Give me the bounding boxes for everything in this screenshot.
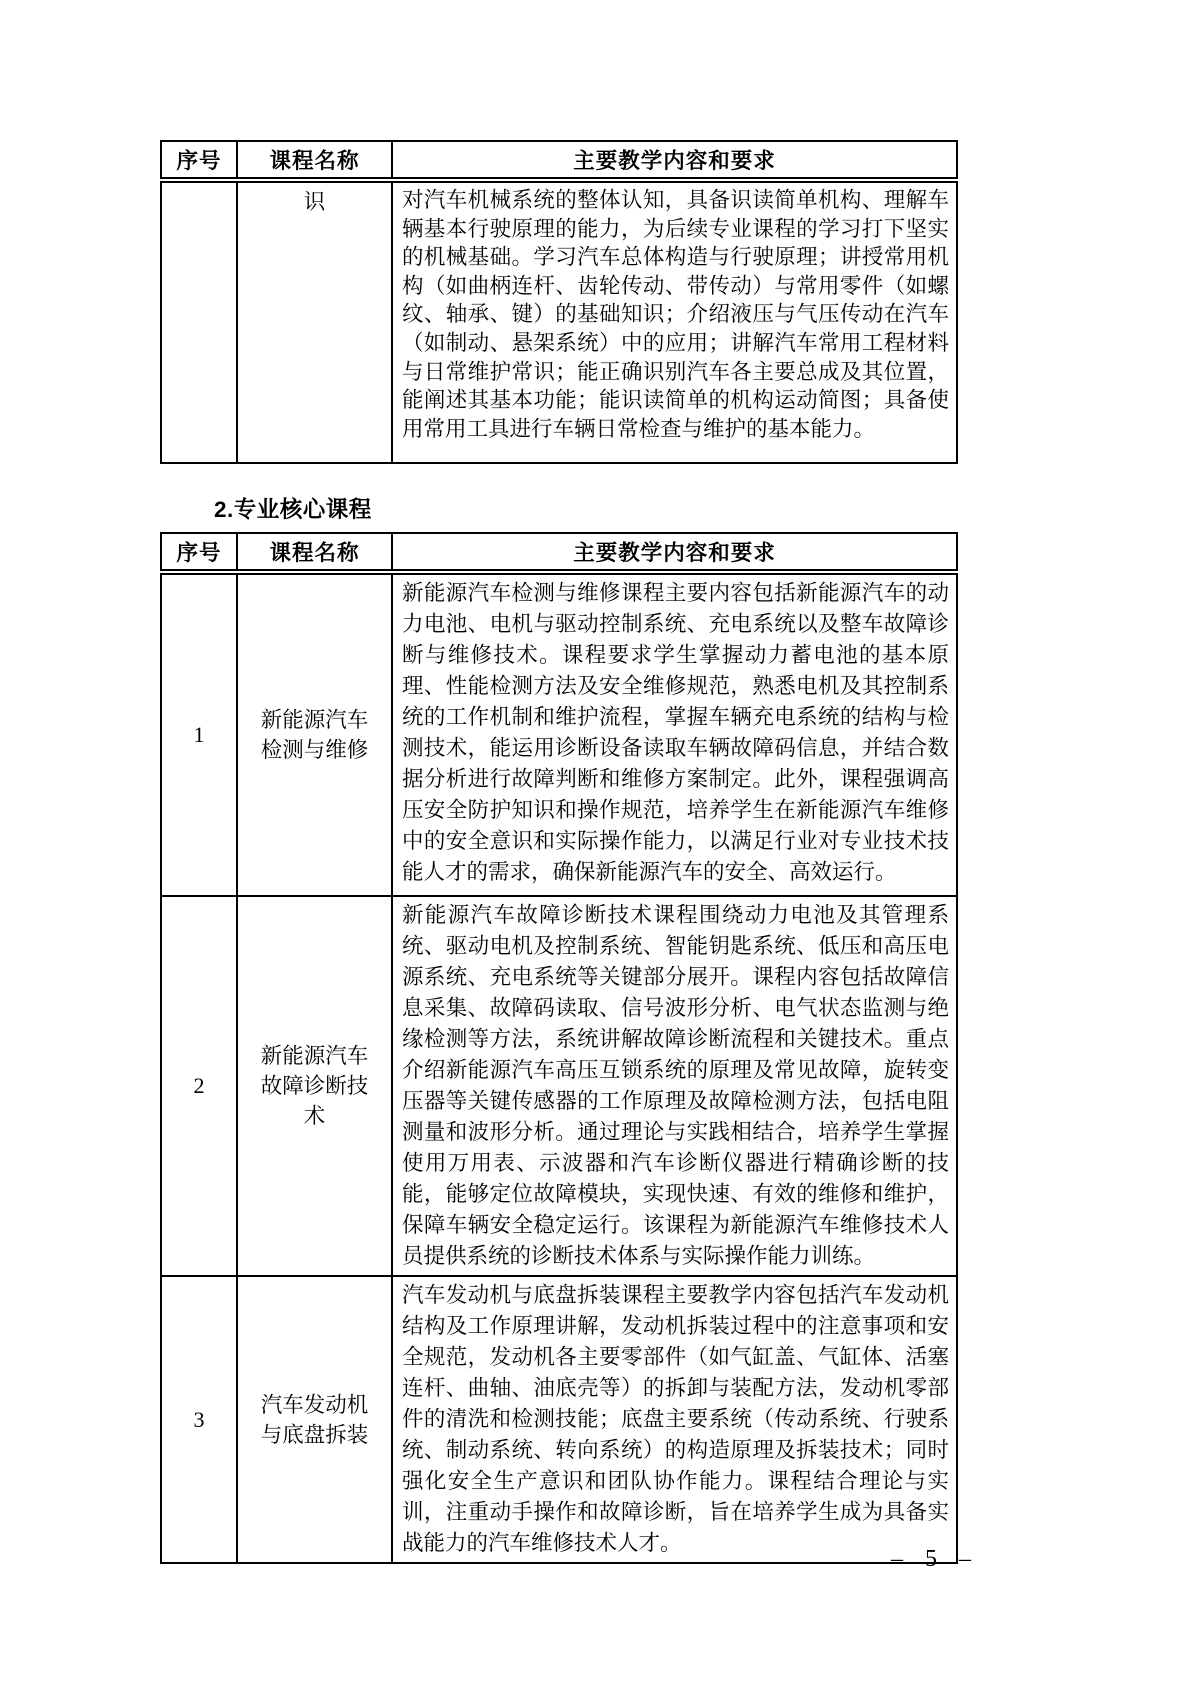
section-heading: 2.专业核心课程 [214, 492, 372, 524]
col-header-seq: 序号 [161, 141, 237, 180]
course-name-cell: 汽车发动机与底盘拆装 [237, 1276, 392, 1563]
course-name-cell: 新能源汽车故障诊断技术 [237, 896, 392, 1276]
core-courses-table: 序号 课程名称 主要教学内容和要求 1 新能源汽车检测与维修 新能源汽车检测与维… [160, 532, 958, 1564]
table-header-row: 序号 课程名称 主要教学内容和要求 [161, 141, 957, 180]
course-name-cell: 识 [237, 180, 392, 463]
table-row: 识 对汽车机械系统的整体认知，具备识读简单机构、理解车辆基本行驶原理的能力，为后… [161, 180, 957, 463]
col-header-seq: 序号 [161, 533, 237, 572]
content-cell: 新能源汽车故障诊断技术课程围绕动力电池及其管理系统、驱动电机及控制系统、智能钥匙… [392, 896, 957, 1276]
page-number: – 5 – [875, 1546, 995, 1573]
course-table-continuation: 序号 课程名称 主要教学内容和要求 识 对汽车机械系统的整体认知，具备识读简单机… [160, 140, 958, 464]
course-name-cell: 新能源汽车检测与维修 [237, 572, 392, 896]
seq-cell [161, 180, 237, 463]
table-row: 3 汽车发动机与底盘拆装 汽车发动机与底盘拆装课程主要教学内容包括汽车发动机结构… [161, 1276, 957, 1563]
content-cell: 汽车发动机与底盘拆装课程主要教学内容包括汽车发动机结构及工作原理讲解，发动机拆装… [392, 1276, 957, 1563]
col-header-main-content: 主要教学内容和要求 [392, 533, 957, 572]
content-cell: 对汽车机械系统的整体认知，具备识读简单机构、理解车辆基本行驶原理的能力，为后续专… [392, 180, 957, 463]
document-page: 序号 课程名称 主要教学内容和要求 识 对汽车机械系统的整体认知，具备识读简单机… [0, 0, 1191, 1684]
col-header-course-name: 课程名称 [237, 141, 392, 180]
table-row: 1 新能源汽车检测与维修 新能源汽车检测与维修课程主要内容包括新能源汽车的动力电… [161, 572, 957, 896]
seq-cell: 3 [161, 1276, 237, 1563]
col-header-course-name: 课程名称 [237, 533, 392, 572]
content-cell: 新能源汽车检测与维修课程主要内容包括新能源汽车的动力电池、电机与驱动控制系统、充… [392, 572, 957, 896]
table-header-row: 序号 课程名称 主要教学内容和要求 [161, 533, 957, 572]
col-header-main-content: 主要教学内容和要求 [392, 141, 957, 180]
seq-cell: 2 [161, 896, 237, 1276]
table-row: 2 新能源汽车故障诊断技术 新能源汽车故障诊断技术课程围绕动力电池及其管理系统、… [161, 896, 957, 1276]
seq-cell: 1 [161, 572, 237, 896]
